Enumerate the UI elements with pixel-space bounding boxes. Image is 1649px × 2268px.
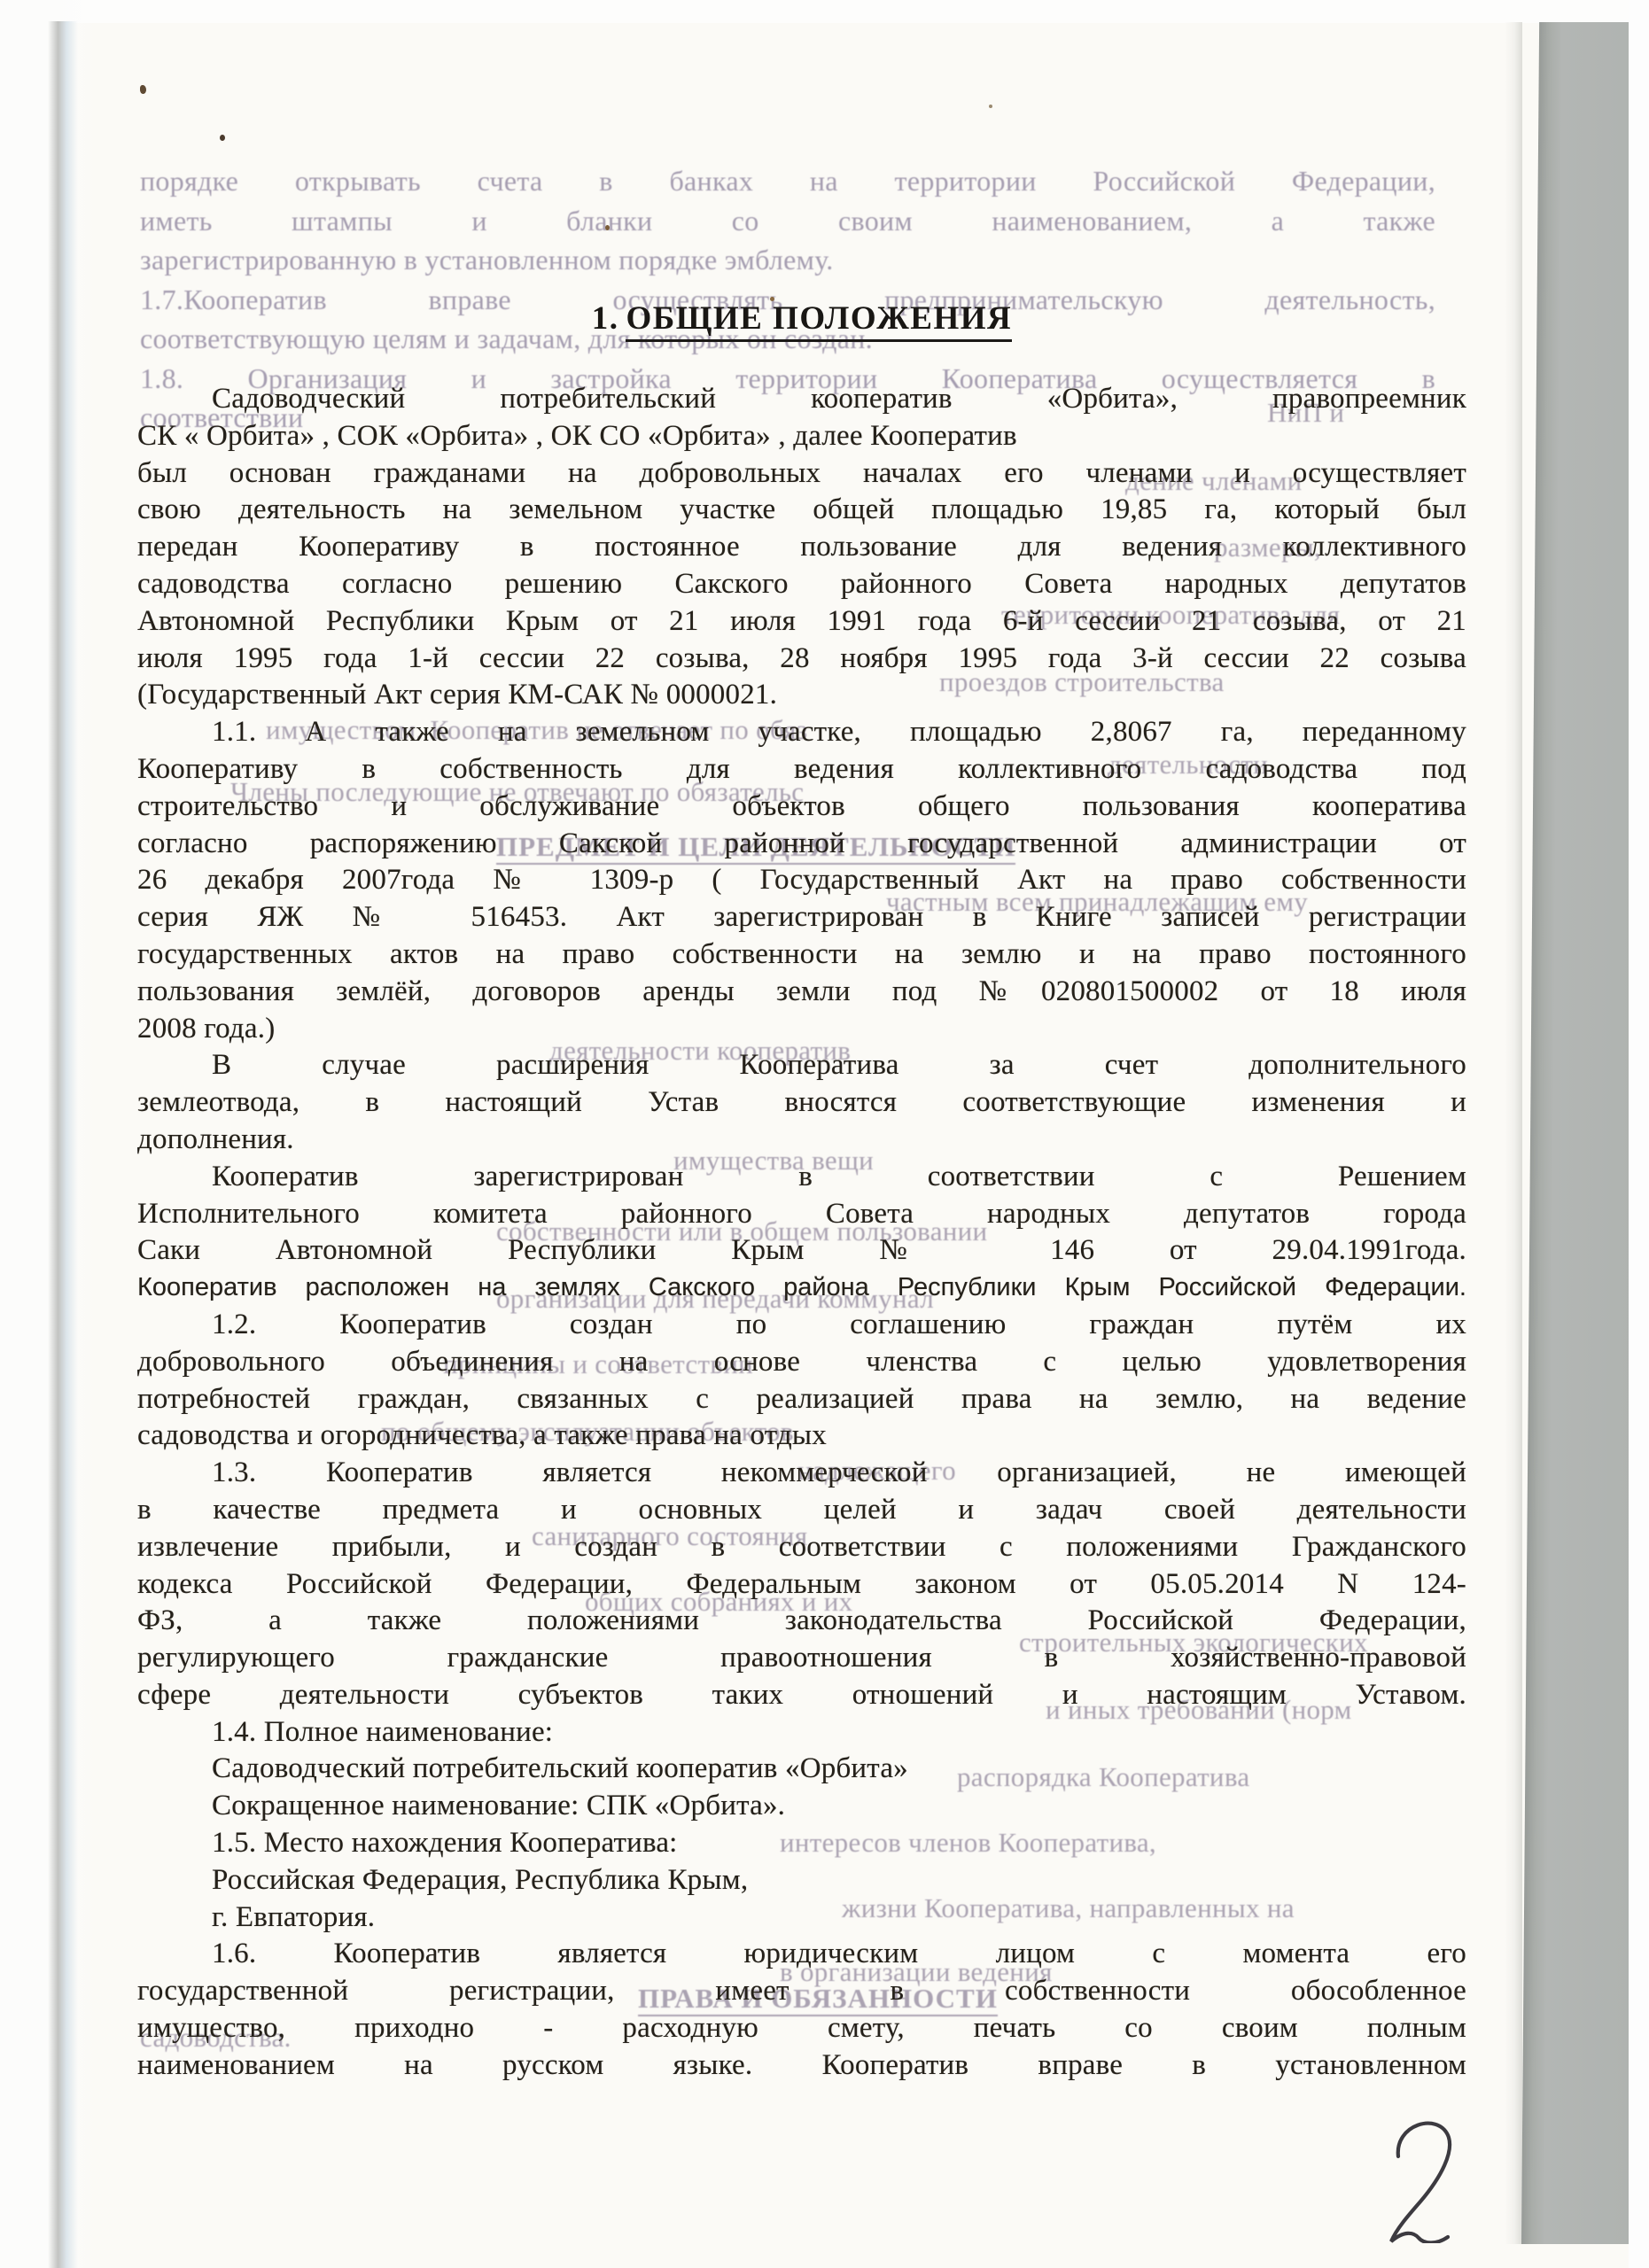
document-line: добровольного объединения на основе член… [137,1344,1466,1381]
section-number: 1. [592,300,626,337]
document-line: потребностей граждан, связанных с реализ… [137,1381,1466,1418]
document-line: 1.3. Кооператив является некоммерческой … [137,1455,1466,1492]
document-line: государственных актов на право собственн… [137,936,1466,974]
document-line: свою деятельность на земельном участке о… [137,492,1466,529]
scan-top-strip [0,0,1649,23]
scan-speck [140,85,146,94]
handwritten-page-number: 2 [1372,2110,1460,2243]
document-line: 1.1. А также на земельном участке, площа… [137,714,1466,751]
document-line: ФЗ, а также положениями законодательства… [137,1603,1466,1640]
document-line: пользования землёй, договоров аренды зем… [137,974,1466,1011]
document-line: строительство и обслуживание объектов об… [137,788,1466,826]
scan-speck [605,225,610,230]
document-line: садоводства согласно решению Сакского ра… [137,566,1466,603]
document-line: передан Кооперативу в постоянное пользов… [137,529,1466,566]
document-line: июля 1995 года 1-й сессии 22 созыва, 28 … [137,641,1466,678]
document-line: был основан гражданами на добровольных н… [137,455,1466,493]
section-heading: 1.ОБЩИЕ ПОЛОЖЕНИЯ [137,299,1466,338]
document-line: серия ЯЖ № 516453. Акт зарегистрирован в… [137,899,1466,936]
document-line: Саки Автономной Республики Крым № 146 от… [137,1232,1466,1270]
document-line: садоводства и огородничества, а также пр… [137,1417,1466,1455]
document-line: 1.4. Полное наименование: [137,1714,1466,1751]
document-line: 1.2. Кооператив создан по соглашению гра… [137,1307,1466,1344]
document-line: 1.6. Кооператив является юридическим лиц… [137,1936,1466,1973]
document-line: Кооператив зарегистрирован в соответстви… [137,1159,1466,1196]
scan-page: порядке открывать счета в банках на терр… [0,0,1649,2268]
document-line: наименованием на русском языке. Кооперат… [137,2047,1466,2085]
page-right-edge-highlight [1505,22,1522,2244]
document-line: В случае расширения Кооператива за счет … [137,1047,1466,1084]
document-line: в качестве предмета и основных целей и з… [137,1492,1466,1529]
document-line: Кооперативу в собственность для ведения … [137,751,1466,788]
bleedthrough-line: порядке открывать счета в банках на терр… [140,161,1435,201]
document-line: землеотвода, в настоящий Устав вносятся … [137,1084,1466,1122]
document-line: Российская Федерация, Республика Крым, [137,1862,1466,1899]
document-line: СК « Орбита» , СОК «Орбита» , ОК СО «Орб… [137,418,1466,455]
document-body: Садоводческий потребительский кооператив… [137,381,1466,2085]
document-line: извлечение прибыли, и создан в соответст… [137,1529,1466,1566]
document-line: г. Евпатория. [137,1899,1466,1937]
scan-right-strip [1629,0,1649,2268]
section-title: ОБЩИЕ ПОЛОЖЕНИЯ [626,300,1012,342]
document-line: дополнения. [137,1122,1466,1159]
document-line: 2008 года.) [137,1011,1466,1048]
document-line: имущество, приходно - расходную смету, п… [137,2010,1466,2047]
document-line: сфере деятельности субъектов таких отнош… [137,1677,1466,1714]
document-line: 26 декабря 2007года № 1309-р ( Государст… [137,862,1466,899]
document-line: (Государственный Акт серия КМ-САК № 0000… [137,677,1466,714]
document-line: государственной регистрации, имеет в соб… [137,1973,1466,2010]
document-line: согласно распоряжению Сакской районной г… [137,826,1466,863]
document-line: Исполнительного комитета районного Совет… [137,1196,1466,1233]
document-line: Садоводческий потребительский кооператив… [137,1751,1466,1788]
document-line: Кооператив расположен на землях Сакского… [137,1270,1466,1307]
document-line: кодекса Российской Федерации, Федеральны… [137,1566,1466,1604]
bleedthrough-line: иметь штампы и бланки со своим наименова… [140,201,1435,241]
page-fold-line [48,21,78,2268]
document-line: Садоводческий потребительский кооператив… [137,381,1466,418]
document-line: регулирующего гражданские правоотношения… [137,1640,1466,1677]
scan-speck [770,297,774,301]
document-line: Автономной Республики Крым от 21 июля 19… [137,603,1466,641]
bleedthrough-line: зарегистрированную в установленном поряд… [140,240,1435,280]
scan-speck [220,135,225,141]
document-line: Сокращенное наименование: СПК «Орбита». [137,1788,1466,1825]
scan-speck [989,105,992,108]
scanner-background-band [1521,22,1646,2244]
document-line: 1.5. Место нахождения Кооператива: [137,1825,1466,1862]
